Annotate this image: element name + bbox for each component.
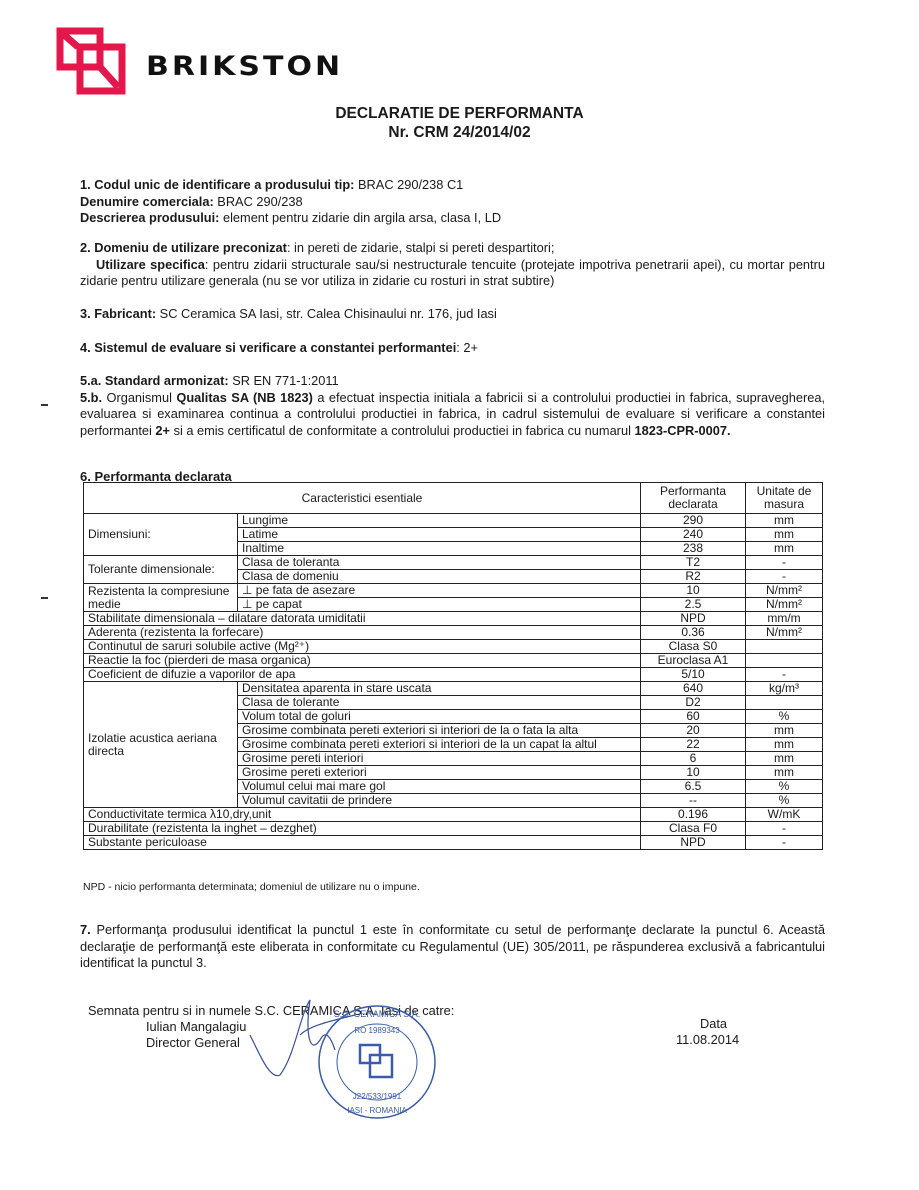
nb-text-1: Organismul [106,390,171,405]
declared-value: 238 [641,542,746,556]
table-row: Aderenta (rezistenta la forfecare)0.36N/… [84,626,823,640]
nb-system: 2+ [155,423,170,438]
unit-value: mm [746,542,823,556]
characteristic-name: Clasa de tolerante [238,696,641,710]
certificate-number: 1823-CPR-0007. [634,423,730,438]
manufacturer-value: SC Ceramica SA Iasi, str. Calea Chisinau… [160,306,497,321]
declared-value: 10 [641,584,746,598]
unit-value: % [746,710,823,724]
characteristic-name: Aderenta (rezistenta la forfecare) [84,626,641,640]
characteristic-name: Stabilitate dimensionala – dilatare dato… [84,612,641,626]
section-3: 3. Fabricant: SC Ceramica SA Iasi, str. … [80,306,825,323]
declared-value: Clasa S0 [641,640,746,654]
unit-value: mm [746,738,823,752]
characteristic-name: Latime [238,528,641,542]
characteristic-name: Clasa de domeniu [238,570,641,584]
declared-value: 6.5 [641,780,746,794]
header-characteristics: Caracteristici esentiale [84,483,641,514]
table-row: Rezistenta la compresiune medie⊥ pe fata… [84,584,823,598]
declared-value: 640 [641,682,746,696]
system-value: : 2+ [456,340,478,355]
standard-label: 5.a. Standard armonizat: [80,373,229,388]
margin-mark [41,404,48,406]
domain-label: 2. Domeniu de utilizare preconizat [80,240,287,255]
declared-value: 22 [641,738,746,752]
characteristic-name: ⊥ pe capat [238,598,641,612]
declared-value: 290 [641,514,746,528]
table-row: Durabilitate (rezistenta la inghet – dez… [84,822,823,836]
unit-value: N/mm² [746,584,823,598]
declared-value: 5/10 [641,668,746,682]
unit-value: mm [746,766,823,780]
table-row: Tolerante dimensionale:Clasa de tolerant… [84,556,823,570]
section-7-label: 7. [80,922,91,937]
declared-value: D2 [641,696,746,710]
compression-group-label: Rezistenta la compresiune medie [84,584,238,612]
table-header-row: Caracteristici esentiale Performanta dec… [84,483,823,514]
unit-value: kg/m³ [746,682,823,696]
characteristic-name: Densitatea aparenta in stare uscata [238,682,641,696]
section-1: 1. Codul unic de identificare a produsul… [80,177,825,227]
unit-value [746,640,823,654]
unit-value [746,696,823,710]
specific-use-label: Utilizare specifica [96,257,205,272]
date-value: 11.08.2014 [676,1032,739,1048]
margin-mark [41,597,48,599]
declared-value: T2 [641,556,746,570]
table-row: Substante periculoaseNPD- [84,836,823,850]
standard-value: SR EN 771-1:2011 [232,373,338,388]
table-row: Continutul de saruri solubile active (Mg… [84,640,823,654]
title-line: DECLARATIE DE PERFORMANTA [0,104,919,123]
manufacturer-label: 3. Fabricant: [80,306,156,321]
unit-value: - [746,570,823,584]
name-label: Denumire comerciala: [80,194,214,209]
unit-value: mm [746,724,823,738]
company-stamp-icon: S.C. CERAMICA S.A. RO 1989343 J22/533/19… [316,1003,438,1121]
notified-body-name: Qualitas SA (NB 1823) [176,390,313,405]
table-row: Dimensiuni:Lungime290mm [84,514,823,528]
stamp-text-top: S.C. CERAMICA S.A. [334,1009,421,1019]
signatory-name: Iulian Mangalagiu [146,1019,246,1035]
table-row: Izolatie acustica aeriana directaDensita… [84,682,823,696]
domain-value: : in pereti de zidarie, stalpi si pereti… [287,240,554,255]
characteristic-name: Volumul celui mai mare gol [238,780,641,794]
stamp-text-city: IASI - ROMANIA [347,1106,407,1115]
table-row: Stabilitate dimensionala – dilatare dato… [84,612,823,626]
unit-value: - [746,556,823,570]
unit-value: mm [746,528,823,542]
unit-value: - [746,836,823,850]
acoustic-group-label: Izolatie acustica aeriana directa [84,682,238,808]
declared-value: R2 [641,570,746,584]
characteristic-name: Grosime combinata pereti exteriori si in… [238,738,641,752]
characteristic-name: Lungime [238,514,641,528]
section-7: 7. Performanţa produsului identificat la… [80,922,825,972]
characteristic-name: Clasa de toleranta [238,556,641,570]
brand-name: BRIKSTON [146,51,343,83]
declared-value: 0.36 [641,626,746,640]
declared-value: 0.196 [641,808,746,822]
characteristic-name: Volumul cavitatii de prindere [238,794,641,808]
characteristic-name: Grosime combinata pereti exteriori si in… [238,724,641,738]
unit-value: - [746,822,823,836]
stamp-text-reg: RO 1989343 [354,1026,400,1035]
declared-value: Euroclasa A1 [641,654,746,668]
tolerances-group-label: Tolerante dimensionale: [84,556,238,584]
declared-value: -- [641,794,746,808]
section-5: 5.a. Standard armonizat: SR EN 771-1:201… [80,373,825,439]
characteristic-name: ⊥ pe fata de asezare [238,584,641,598]
characteristic-name: Grosime pereti exteriori [238,766,641,780]
header-unit: Unitate de masura [746,483,823,514]
unit-value [746,654,823,668]
document-number: Nr. CRM 24/2014/02 [0,123,919,142]
characteristic-name: Grosime pereti interiori [238,752,641,766]
declared-value: Clasa F0 [641,822,746,836]
characteristic-name: Coeficient de difuzie a vaporilor de apa [84,668,641,682]
declared-value: 2.5 [641,598,746,612]
stamp-text-j: J22/533/1991 [353,1092,402,1101]
table-row: Reactie la foc (pierderi de masa organic… [84,654,823,668]
declared-value: 60 [641,710,746,724]
table-row: Coeficient de difuzie a vaporilor de apa… [84,668,823,682]
section-2: 2. Domeniu de utilizare preconizat: in p… [80,240,825,290]
code-label: 1. Codul unic de identificare a produsul… [80,177,354,192]
document-title: DECLARATIE DE PERFORMANTA Nr. CRM 24/201… [0,104,919,142]
unit-value: mm [746,752,823,766]
unit-value: mm/m [746,612,823,626]
section-7-text: Performanţa produsului identificat la pu… [80,922,825,970]
section-4: 4. Sistemul de evaluare si verificare a … [80,340,825,357]
declared-value: NPD [641,612,746,626]
system-label: 4. Sistemul de evaluare si verificare a … [80,340,456,355]
unit-value: mm [746,514,823,528]
table-body: Dimensiuni:Lungime290mmLatime240mmInalti… [84,514,823,850]
unit-value: % [746,780,823,794]
brikston-logo-icon [56,27,128,97]
characteristic-name: Continutul de saruri solubile active (Mg… [84,640,641,654]
unit-value: % [746,794,823,808]
characteristic-name: Durabilitate (rezistenta la inghet – dez… [84,822,641,836]
notified-body-label: 5.b. [80,390,102,405]
desc-value: element pentru zidarie din argila arsa, … [223,210,501,225]
declared-value: 6 [641,752,746,766]
characteristic-name: Volum total de goluri [238,710,641,724]
unit-value: W/mK [746,808,823,822]
name-value: BRAC 290/238 [217,194,302,209]
characteristic-name: Conductivitate termica λ10,dry,unit [84,808,641,822]
signatory-role: Director General [146,1035,240,1051]
declared-value: 10 [641,766,746,780]
desc-label: Descrierea produsului: [80,210,219,225]
npd-footnote: NPD - nicio performanta determinata; dom… [83,881,420,893]
performance-table: Caracteristici esentiale Performanta dec… [83,482,823,850]
unit-value: N/mm² [746,598,823,612]
table-row: Conductivitate termica λ10,dry,unit0.196… [84,808,823,822]
unit-value: - [746,668,823,682]
declared-value: 20 [641,724,746,738]
declared-value: NPD [641,836,746,850]
date-label: Data [700,1016,727,1032]
unit-value: N/mm² [746,626,823,640]
nb-text-3: si a emis certificatul de conformitate a… [174,423,631,438]
declared-value: 240 [641,528,746,542]
characteristic-name: Substante periculoase [84,836,641,850]
code-value: BRAC 290/238 C1 [358,177,463,192]
characteristic-name: Inaltime [238,542,641,556]
characteristic-name: Reactie la foc (pierderi de masa organic… [84,654,641,668]
dimensions-group-label: Dimensiuni: [84,514,238,556]
header-performance: Performanta declarata [641,483,746,514]
